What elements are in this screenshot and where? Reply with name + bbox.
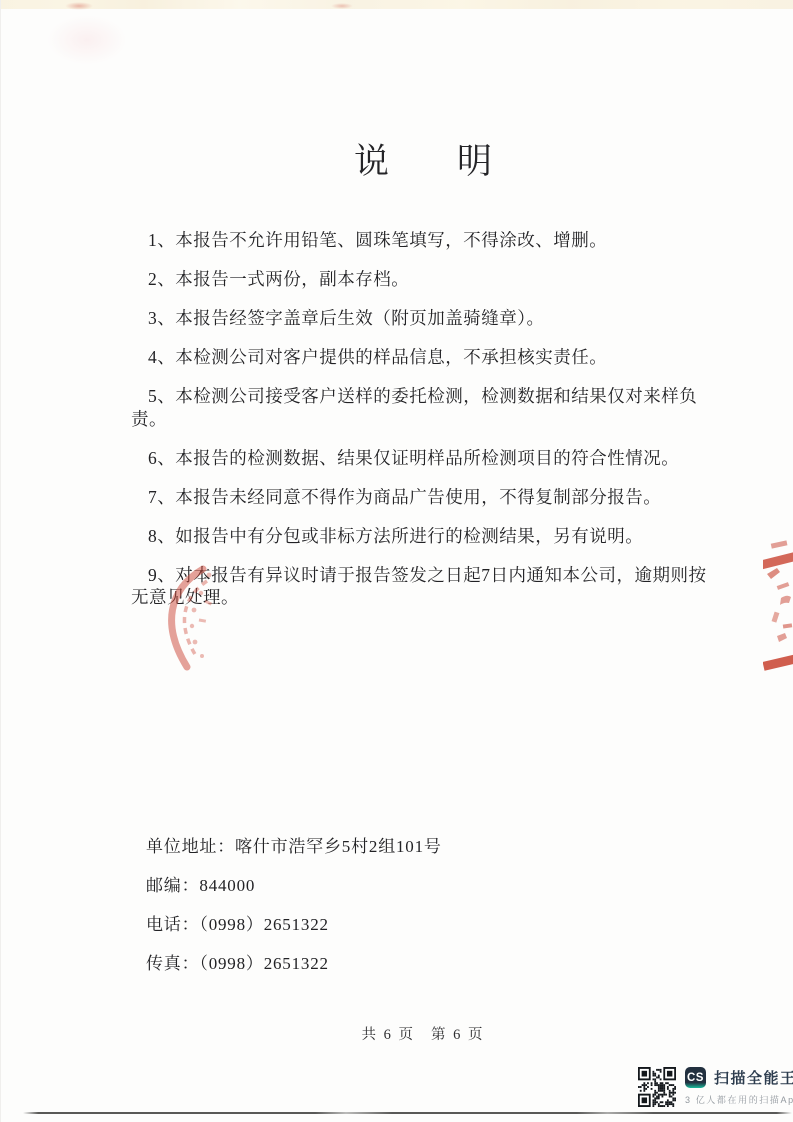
- phone-value: （0998）2651322: [199, 915, 328, 934]
- watermark-text-block: CS 扫描全能王 3 亿人都在用的扫描App: [685, 1067, 793, 1106]
- red-seal-stamp-partial: [149, 563, 241, 675]
- note-item-1: 1、本报告不允许用铅笔、圆珠笔填写，不得涂改、增删。: [131, 229, 719, 252]
- note-item-3: 3、本报告经签字盖章后生效（附页加盖骑缝章）。: [131, 307, 719, 330]
- page-title: 说明: [131, 134, 715, 184]
- contact-block: 单位地址：喀什市浩罕乡5村2组101号 邮编：844000 电话：（0998）2…: [146, 836, 626, 992]
- page-footer: 共 6 页第 6 页: [131, 1023, 715, 1044]
- note-item-5: 5、本检测公司接受客户送样的委托检测，检测数据和结果仅对来样负责。: [131, 385, 719, 430]
- contact-phone: 电话：（0998）2651322: [146, 914, 626, 936]
- current-page: 第 6 页: [431, 1027, 485, 1043]
- contact-fax: 传真：（0998）2651322: [146, 953, 626, 975]
- postcode-value: 844000: [199, 876, 255, 895]
- fax-value: （0998）2651322: [199, 954, 328, 973]
- watermark-title: 扫描全能王: [714, 1067, 793, 1088]
- fax-label: 传真：: [146, 954, 199, 973]
- contact-postcode: 邮编：844000: [146, 875, 626, 897]
- contact-address: 单位地址：喀什市浩罕乡5村2组101号: [146, 836, 626, 858]
- note-item-4: 4、本检测公司对客户提供的样品信息，不承担核实责任。: [131, 346, 719, 369]
- address-value: 喀什市浩罕乡5村2组101号: [235, 837, 442, 856]
- postcode-label: 邮编：: [146, 876, 199, 895]
- note-item-6: 6、本报告的检测数据、结果仅证明样品所检测项目的符合性情况。: [131, 447, 719, 470]
- note-item-8: 8、如报告中有分包或非标方法所进行的检测结果，另有说明。: [131, 525, 719, 548]
- phone-label: 电话：: [146, 915, 199, 934]
- scanned-document-page: 说明 1、本报告不允许用铅笔、圆珠笔填写，不得涂改、增删。 2、本报告一式两份，…: [0, 0, 793, 1122]
- total-pages: 共 6 页: [362, 1027, 416, 1043]
- note-item-2: 2、本报告一式两份，副本存档。: [131, 268, 719, 291]
- qr-code: [638, 1067, 676, 1107]
- red-ink-smudge: [331, 3, 353, 9]
- note-item-7: 7、本报告未经同意不得作为商品广告使用，不得复制部分报告。: [131, 486, 719, 509]
- scan-edge-artifact: [1, 0, 793, 9]
- scan-edge-line: [23, 1112, 792, 1114]
- address-label: 单位地址：: [146, 837, 235, 856]
- camscanner-logo-icon: CS: [685, 1067, 706, 1088]
- watermark-subtitle: 3 亿人都在用的扫描App: [685, 1093, 793, 1106]
- red-seal-stamp-edge: [763, 540, 793, 680]
- faint-ink-blot: [47, 15, 127, 65]
- title-char-left: 说: [354, 142, 389, 181]
- cs-badge-label: CS: [687, 1072, 704, 1084]
- title-char-right: 明: [457, 142, 492, 181]
- red-ink-smudge: [65, 2, 93, 10]
- camscanner-watermark: CS 扫描全能王 3 亿人都在用的扫描App: [638, 1067, 793, 1107]
